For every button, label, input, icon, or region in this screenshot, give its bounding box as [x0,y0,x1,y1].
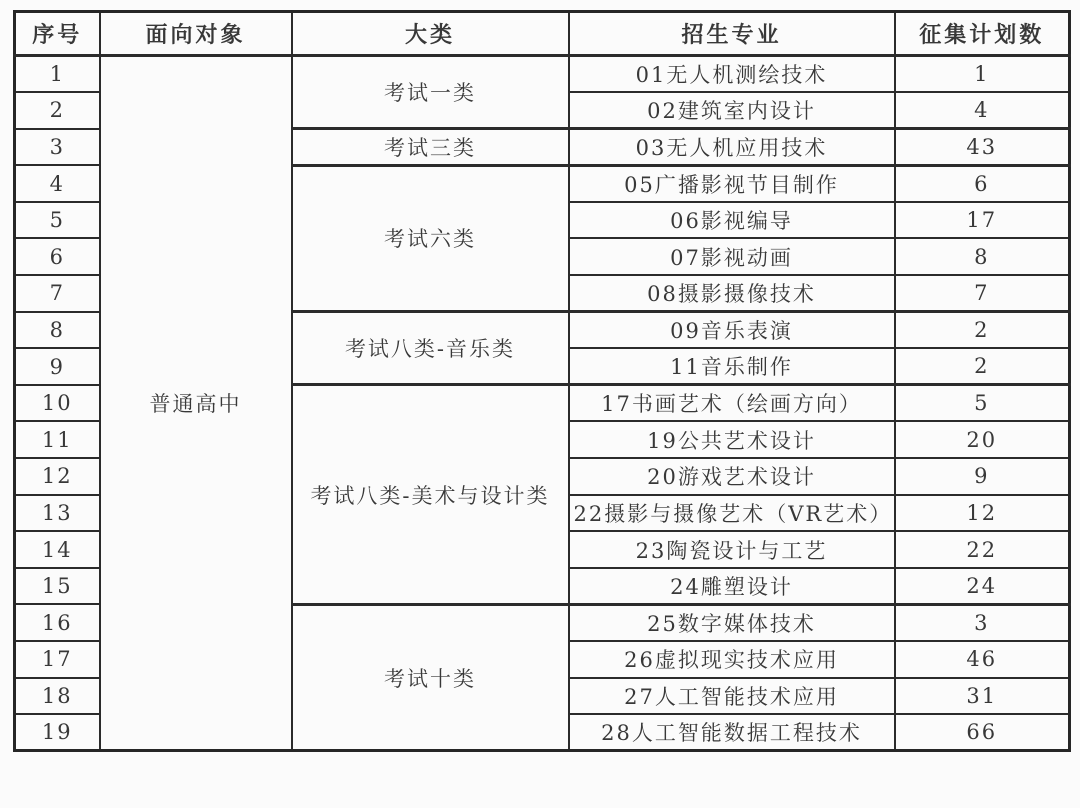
plan-count-cell: 66 [895,714,1070,751]
plan-count-cell: 3 [895,604,1070,641]
serial-cell: 1 [15,56,100,93]
serial-cell: 17 [15,641,100,678]
header-serial: 序号 [15,12,100,56]
serial-cell: 18 [15,678,100,715]
plan-count-cell: 9 [895,458,1070,495]
plan-count-cell: 2 [895,348,1070,385]
plan-count-cell: 17 [895,202,1070,239]
category-cell: 考试八类-音乐类 [292,312,569,385]
serial-cell: 4 [15,165,100,202]
serial-cell: 8 [15,312,100,349]
plan-count-cell: 5 [895,385,1070,422]
plan-count-cell: 31 [895,678,1070,715]
serial-cell: 16 [15,604,100,641]
major-cell: 26虚拟现实技术应用 [569,641,895,678]
major-cell: 05广播影视节目制作 [569,165,895,202]
serial-cell: 13 [15,495,100,532]
table-row: 1 普通高中 考试一类 01无人机测绘技术 1 [15,56,1070,93]
serial-cell: 6 [15,238,100,275]
header-major: 招生专业 [569,12,895,56]
major-cell: 22摄影与摄像艺术（VR艺术） [569,495,895,532]
category-cell: 考试一类 [292,56,569,129]
major-cell: 23陶瓷设计与工艺 [569,531,895,568]
major-cell: 17书画艺术（绘画方向） [569,385,895,422]
major-cell: 02建筑室内设计 [569,92,895,129]
admission-plan-table: 序号 面向对象 大类 招生专业 征集计划数 1 普通高中 考试一类 01无人机测… [13,10,1071,752]
major-cell: 24雕塑设计 [569,568,895,605]
major-cell: 06影视编导 [569,202,895,239]
serial-cell: 7 [15,275,100,312]
serial-cell: 3 [15,129,100,166]
serial-cell: 5 [15,202,100,239]
serial-cell: 11 [15,421,100,458]
plan-count-cell: 22 [895,531,1070,568]
plan-count-cell: 12 [895,495,1070,532]
major-cell: 01无人机测绘技术 [569,56,895,93]
serial-cell: 10 [15,385,100,422]
audience-cell: 普通高中 [100,56,292,751]
plan-count-cell: 2 [895,312,1070,349]
plan-count-cell: 4 [895,92,1070,129]
serial-cell: 12 [15,458,100,495]
table-body: 1 普通高中 考试一类 01无人机测绘技术 1 2 02建筑室内设计 4 3 考… [15,56,1070,751]
plan-count-cell: 43 [895,129,1070,166]
major-cell: 27人工智能技术应用 [569,678,895,715]
plan-count-cell: 8 [895,238,1070,275]
plan-count-cell: 24 [895,568,1070,605]
major-cell: 25数字媒体技术 [569,604,895,641]
plan-count-cell: 6 [895,165,1070,202]
category-cell: 考试六类 [292,165,569,311]
page: 序号 面向对象 大类 招生专业 征集计划数 1 普通高中 考试一类 01无人机测… [0,0,1080,808]
major-cell: 19公共艺术设计 [569,421,895,458]
plan-count-cell: 1 [895,56,1070,93]
category-cell: 考试三类 [292,129,569,166]
header-audience: 面向对象 [100,12,292,56]
major-cell: 28人工智能数据工程技术 [569,714,895,751]
major-cell: 20游戏艺术设计 [569,458,895,495]
plan-count-cell: 46 [895,641,1070,678]
serial-cell: 2 [15,92,100,129]
major-cell: 09音乐表演 [569,312,895,349]
category-cell: 考试十类 [292,604,569,750]
header-plan-count: 征集计划数 [895,12,1070,56]
major-cell: 03无人机应用技术 [569,129,895,166]
serial-cell: 15 [15,568,100,605]
serial-cell: 14 [15,531,100,568]
plan-count-cell: 7 [895,275,1070,312]
major-cell: 07影视动画 [569,238,895,275]
major-cell: 08摄影摄像技术 [569,275,895,312]
serial-cell: 19 [15,714,100,751]
header-category: 大类 [292,12,569,56]
header-row: 序号 面向对象 大类 招生专业 征集计划数 [15,12,1070,56]
major-cell: 11音乐制作 [569,348,895,385]
category-cell: 考试八类-美术与设计类 [292,385,569,605]
plan-count-cell: 20 [895,421,1070,458]
serial-cell: 9 [15,348,100,385]
table-header: 序号 面向对象 大类 招生专业 征集计划数 [15,12,1070,56]
